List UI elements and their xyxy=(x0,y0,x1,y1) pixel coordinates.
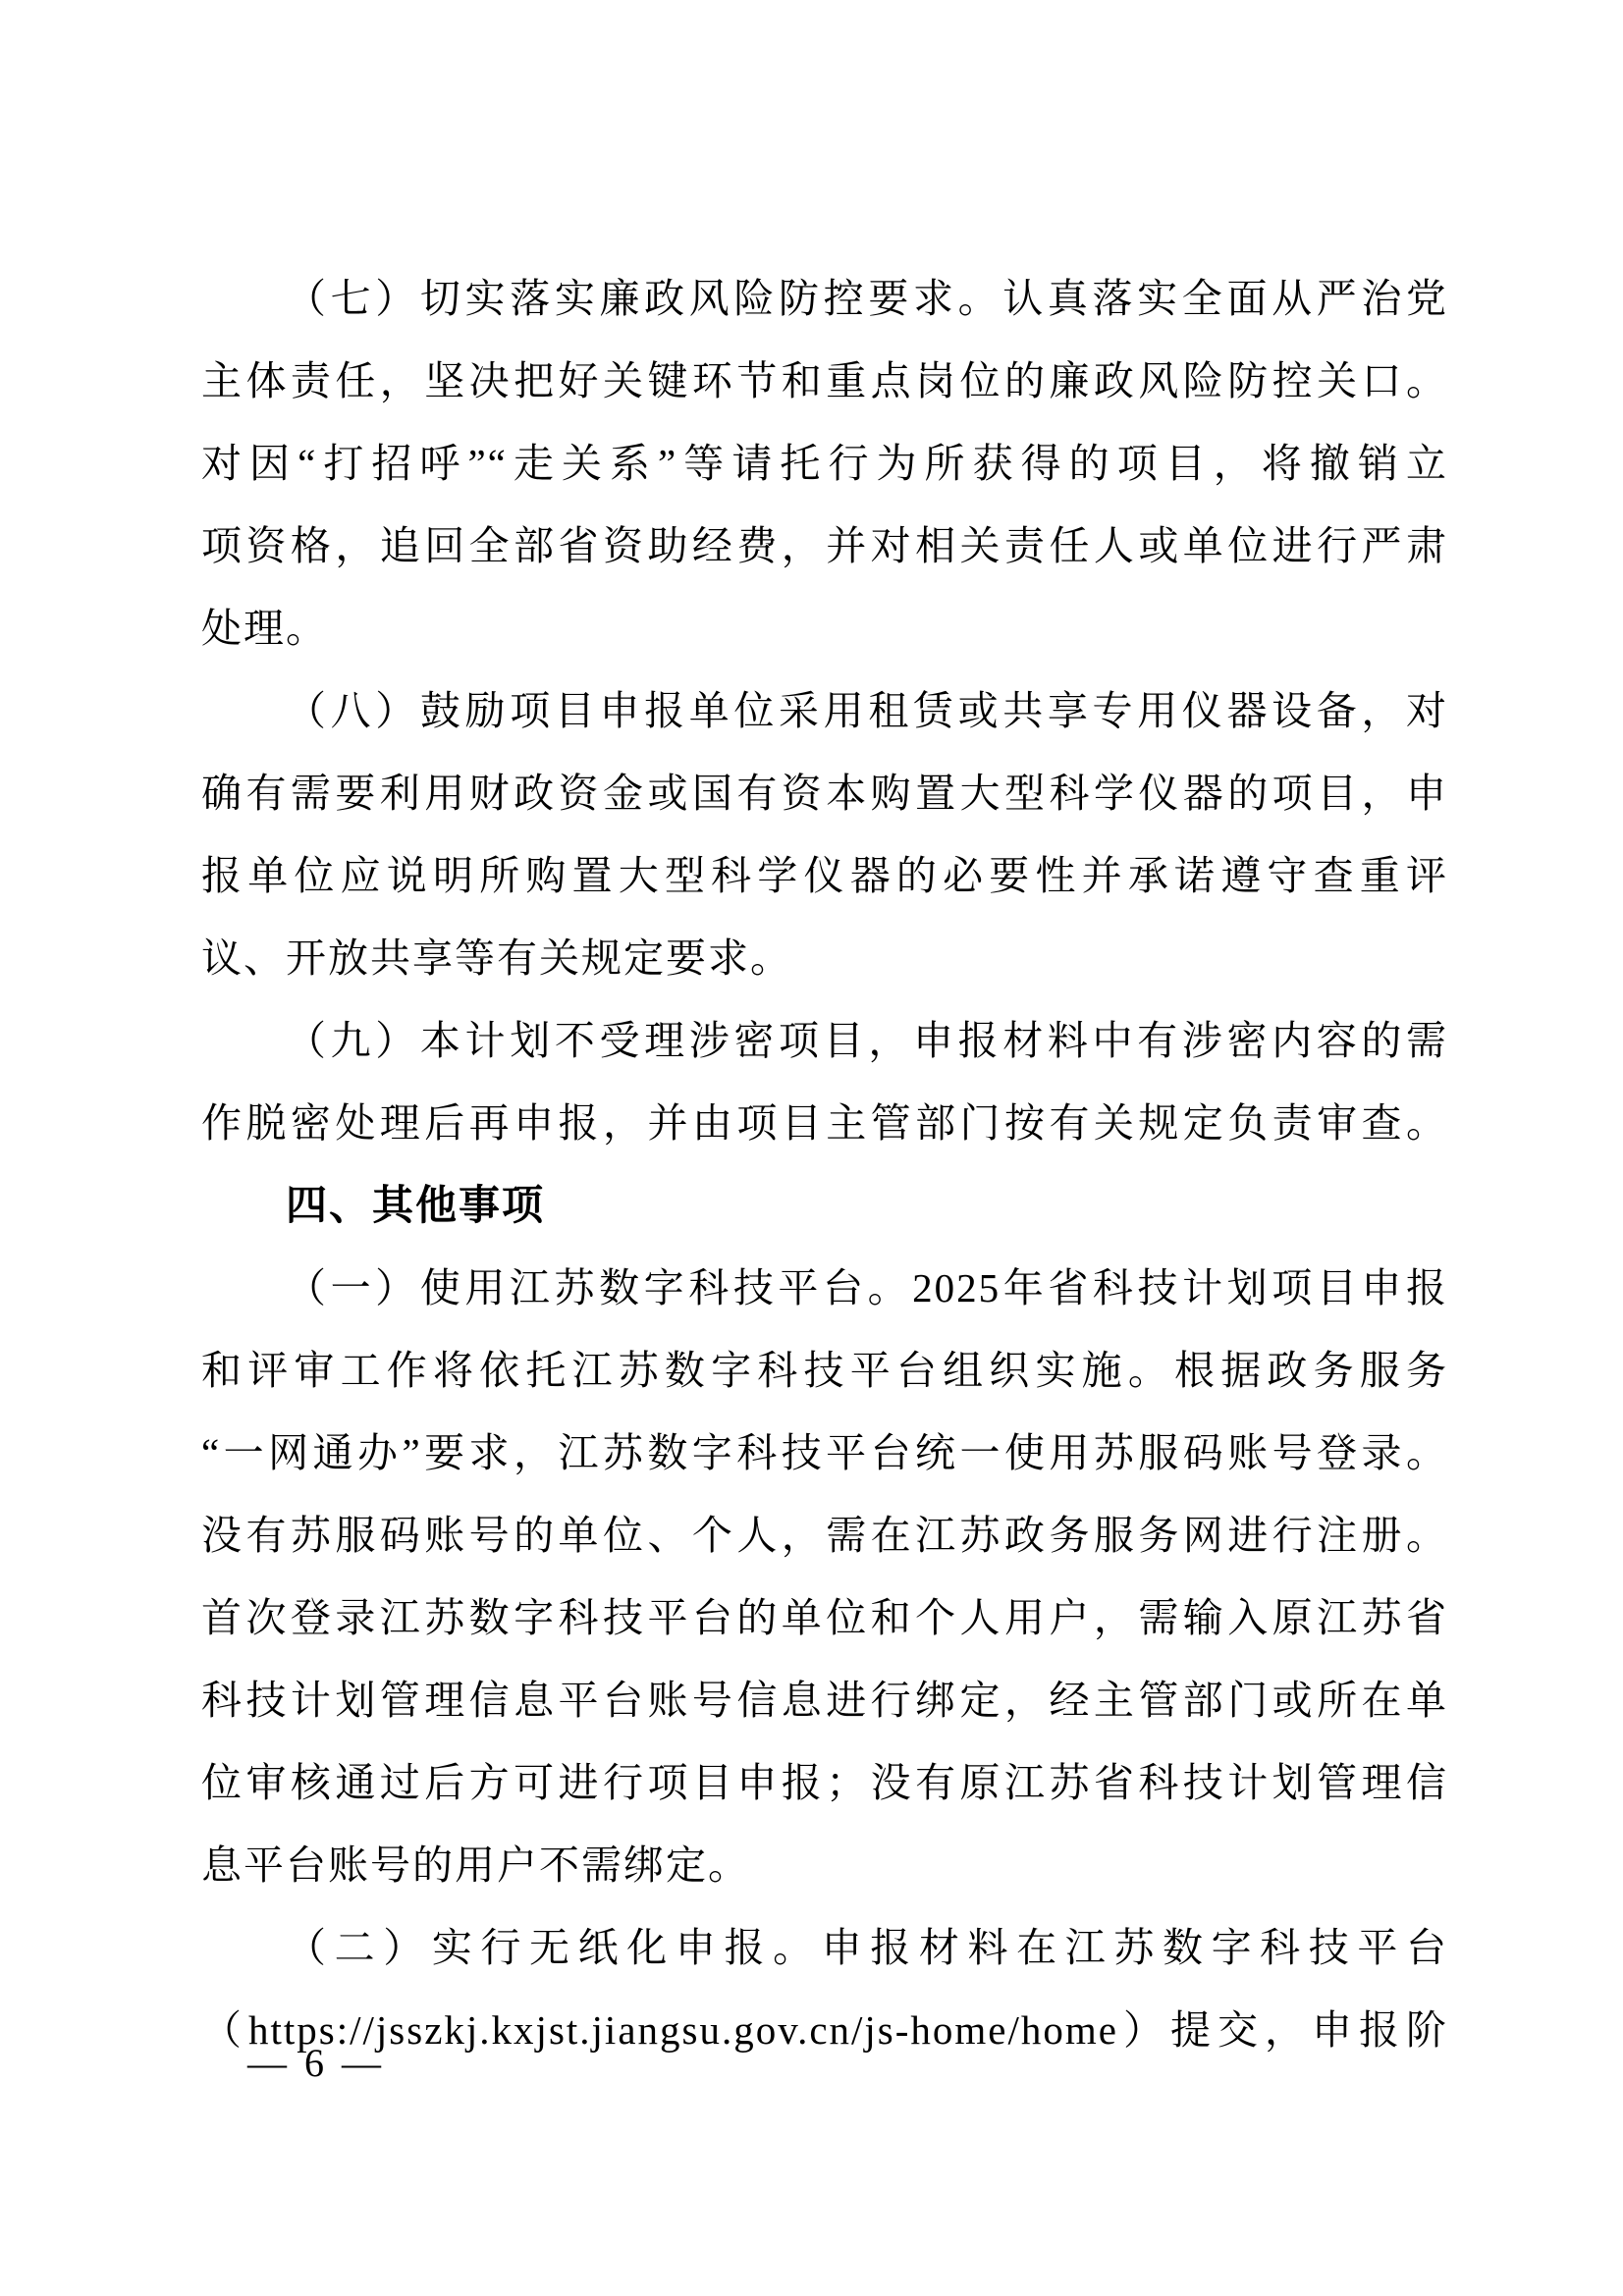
text-line: （一）使用江苏数字科技平台。2025年省科技计划项目申报 xyxy=(201,1247,1448,1329)
text-line: （七）切实落实廉政风险防控要求。认真落实全面从严治党 xyxy=(201,257,1448,340)
page-number: — 6 — xyxy=(247,2034,385,2093)
text-line: 息平台账号的用户不需绑定。 xyxy=(201,1824,1448,1906)
text-line: 位审核通过后方可进行项目申报；没有原江苏省科技计划管理信 xyxy=(201,1741,1448,1824)
text-line: 科技计划管理信息平台账号信息进行绑定，经主管部门或所在单 xyxy=(201,1659,1448,1741)
text-line: （二）实行无纸化申报。申报材料在江苏数字科技平台 xyxy=(201,1906,1448,1989)
text-line: 处理。 xyxy=(201,587,1448,669)
text-line: 确有需要利用财政资金或国有资本购置大型科学仪器的项目，申 xyxy=(201,752,1448,834)
text-line: （八）鼓励项目申报单位采用租赁或共享专用仪器设备，对 xyxy=(201,669,1448,752)
text-line: 项资格，追回全部省资助经费，并对相关责任人或单位进行严肃 xyxy=(201,505,1448,587)
text-line: （九）本计划不受理涉密项目，申报材料中有涉密内容的需 xyxy=(201,999,1448,1082)
section-heading: 四、其他事项 xyxy=(201,1164,1448,1247)
text-line: 首次登录江苏数字科技平台的单位和个人用户，需输入原江苏省 xyxy=(201,1576,1448,1659)
text-line: 没有苏服码账号的单位、个人，需在江苏政务服务网进行注册。 xyxy=(201,1494,1448,1576)
text-line: “一网通办”要求，江苏数字科技平台统一使用苏服码账号登录。 xyxy=(201,1412,1448,1494)
text-line: 作脱密处理后再申报，并由项目主管部门按有关规定负责审查。 xyxy=(201,1082,1448,1164)
text-line: 报单位应说明所购置大型科学仪器的必要性并承诺遵守查重评 xyxy=(201,834,1448,917)
text-line: 和评审工作将依托江苏数字科技平台组织实施。根据政务服务 xyxy=(201,1329,1448,1412)
document-page: （七）切实落实廉政风险防控要求。认真落实全面从严治党 主体责任，坚决把好关键环节… xyxy=(0,0,1623,2296)
document-body: （七）切实落实廉政风险防控要求。认真落实全面从严治党 主体责任，坚决把好关键环节… xyxy=(201,257,1448,2071)
text-line: 议、开放共享等有关规定要求。 xyxy=(201,917,1448,999)
text-line: 对因“打招呼”“走关系”等请托行为所获得的项目，将撤销立 xyxy=(201,422,1448,505)
text-line: 主体责任，坚决把好关键环节和重点岗位的廉政风险防控关口。 xyxy=(201,340,1448,422)
url-text-line: （https://jsszkj.kxjst.jiangsu.gov.cn/js-… xyxy=(201,1989,1448,2071)
